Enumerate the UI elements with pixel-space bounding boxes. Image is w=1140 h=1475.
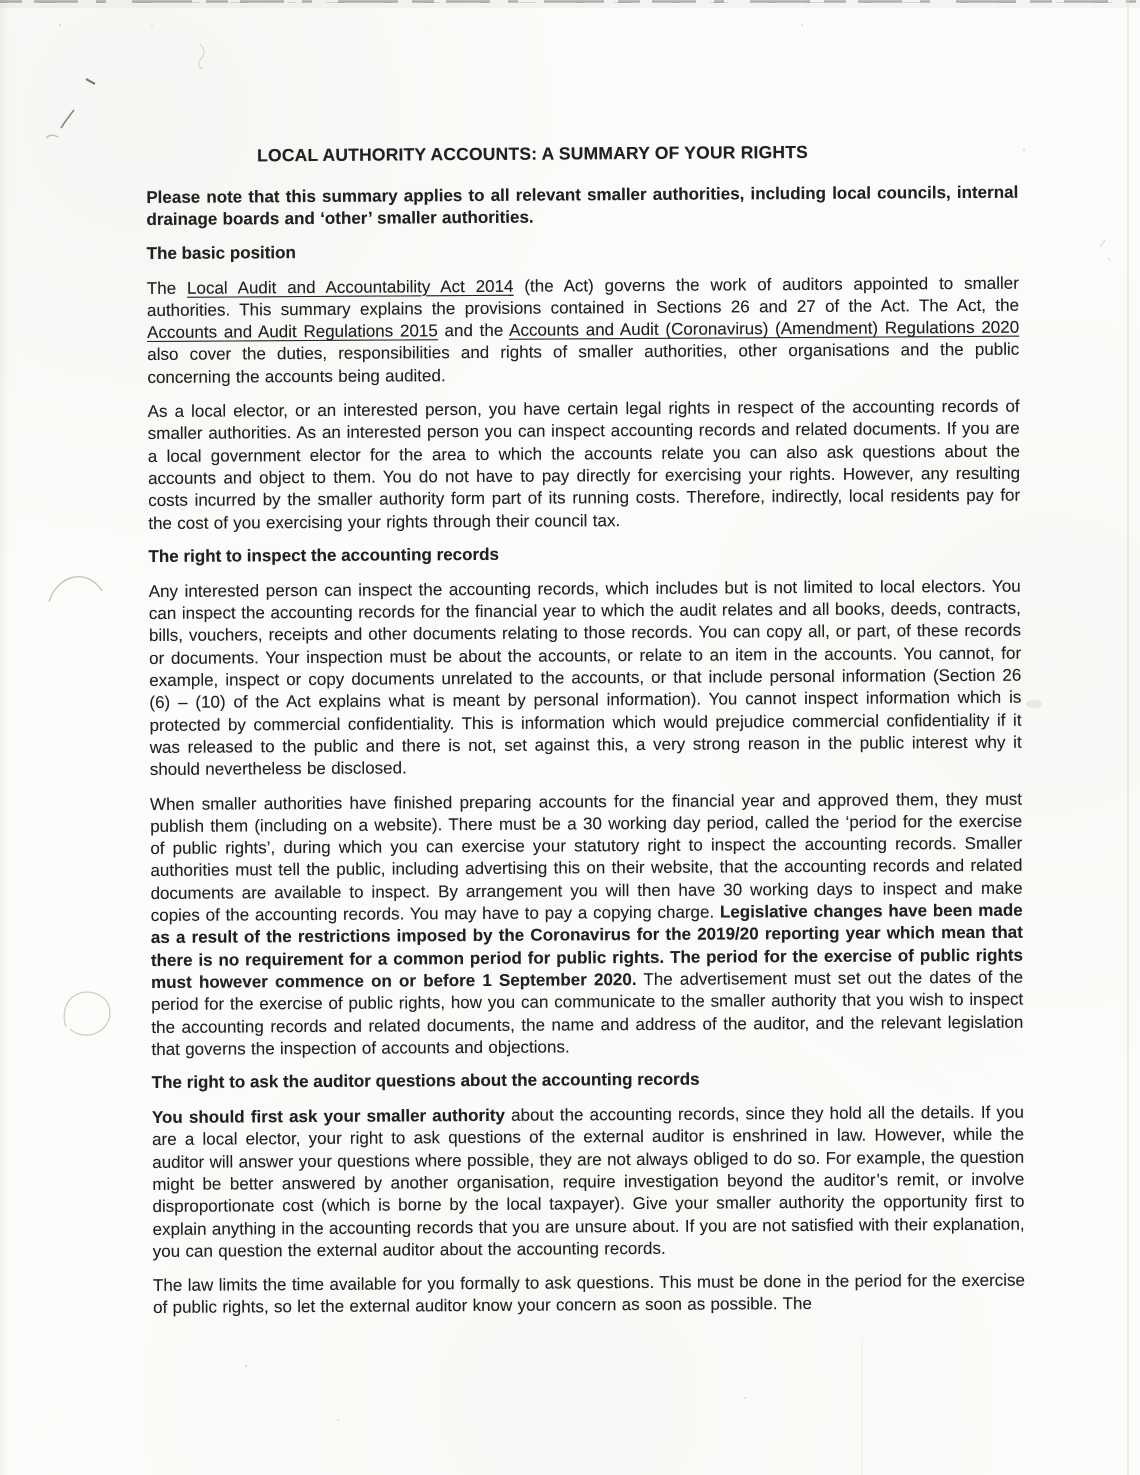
paragraph: You should first ask your smaller author… [152, 1102, 1025, 1263]
small-tilde-mark [46, 135, 58, 138]
scan-left-shading [0, 0, 10, 1475]
document-title: LOCAL AUTHORITY ACCOUNTS: A SUMMARY OF Y… [146, 141, 919, 167]
bold-ask-authority-run: You should first ask your smaller author… [152, 1106, 505, 1127]
pen-slash-mark [61, 110, 74, 128]
arc-mark-lower-left [64, 992, 110, 1035]
arc-mark-upper-left [49, 577, 102, 602]
link-local-audit-act-2014: Local Audit and Accountability Act 2014 [187, 276, 514, 297]
dust-speck [245, 1365, 247, 1367]
speck-mark [1108, 258, 1111, 261]
dust-speck [431, 23, 433, 25]
text-run: As a local elector, or an interested per… [148, 397, 1021, 533]
scanned-document-page: LOCAL AUTHORITY ACCOUNTS: A SUMMARY OF Y… [0, 0, 1140, 1475]
dust-speck [337, 1419, 339, 1421]
smudge-dot-right [1026, 700, 1042, 708]
link-accounts-audit-regulations-2015: Accounts and Audit Regulations 2015 [147, 321, 438, 342]
text-run: Any interested person can inspect the ac… [149, 577, 1022, 780]
paragraph: The law limits the time available for yo… [153, 1270, 1025, 1320]
paragraph: As a local elector, or an interested per… [148, 396, 1021, 535]
text-run: about the accounting records, since they… [152, 1103, 1025, 1261]
paragraph: Any interested person can inspect the ac… [149, 576, 1022, 782]
faint-squiggle-mark [199, 44, 204, 69]
heading-basic-position: The basic position [147, 238, 1019, 263]
text-run: The law limits the time available for yo… [153, 1271, 1025, 1318]
dust-speck [744, 1397, 746, 1399]
dust-speck [1023, 149, 1025, 151]
paragraph: When smaller authorities have finished p… [150, 788, 1024, 1061]
intro-note: Please note that this summary applies to… [146, 182, 1018, 232]
speck-mark [1100, 240, 1105, 247]
heading-right-to-inspect: The right to inspect the accounting reco… [148, 542, 1020, 567]
heading-right-to-ask-auditor: The right to ask the auditor questions a… [152, 1068, 1024, 1093]
text-run: also cover the duties, responsibilities … [147, 340, 1019, 387]
scan-top-shading [0, 0, 1140, 8]
paragraph: The Local Audit and Accountability Act 2… [147, 272, 1020, 389]
dust-speck [151, 25, 153, 27]
document-content: LOCAL AUTHORITY ACCOUNTS: A SUMMARY OF Y… [146, 141, 1025, 1332]
dust-speck [801, 24, 803, 26]
small-tick-mark [86, 79, 95, 84]
text-run: and the [438, 321, 509, 340]
dust-speck [59, 24, 61, 26]
text-run: The [147, 278, 187, 297]
link-accounts-audit-coronavirus-regulations-2020: Accounts and Audit (Coronavirus) (Amendm… [509, 318, 1019, 340]
